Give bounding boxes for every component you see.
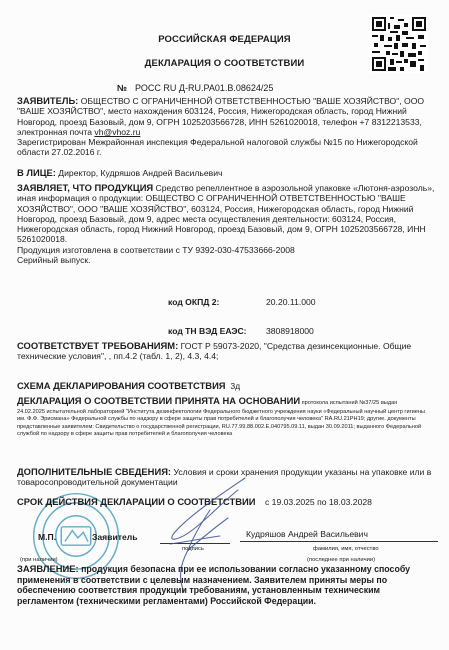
applicant-sign-label: Заявитель bbox=[92, 532, 137, 542]
declares-section: ЗАЯВЛЯЕТ, ЧТО ПРОДУКЦИЯ Средство репелле… bbox=[17, 183, 435, 265]
declares-serial: Серийный выпуск. bbox=[17, 255, 91, 265]
name-caption: фамилия, имя, отчество bbox=[313, 546, 379, 552]
seal-label: М.П. bbox=[38, 532, 56, 542]
represented-by-text: Директор, Кудряшов Андрей Васильевич bbox=[56, 168, 223, 178]
document-title: ДЕКЛАРАЦИЯ О СООТВЕТСТВИИ bbox=[0, 58, 449, 69]
applicant-text: ОБЩЕСТВО С ОГРАНИЧЕННОЙ ОТВЕТСТВЕННОСТЬЮ… bbox=[17, 96, 424, 137]
okpd-code-value: 20.20.11.000 bbox=[266, 297, 316, 307]
applicant-section: ЗАЯВИТЕЛЬ: ОБЩЕСТВО С ОГРАНИЧЕННОЙ ОТВЕТ… bbox=[17, 96, 435, 158]
name-caption-note: (последнее при наличии) bbox=[307, 557, 375, 563]
basis-label: ДЕКЛАРАЦИЯ О СООТВЕТСТВИИ ПРИНЯТА НА ОСН… bbox=[17, 395, 300, 406]
represented-by-label: В ЛИЦЕ: bbox=[17, 167, 56, 178]
declares-label: ЗАЯВЛЯЕТ, ЧТО ПРОДУКЦИЯ bbox=[17, 182, 153, 193]
requirements-label: СООТВЕТСТВУЕТ ТРЕБОВАНИЯМ: bbox=[17, 340, 178, 351]
tnved-code-label: код ТН ВЭД ЕАЭС: bbox=[168, 326, 247, 336]
okpd-code-label: код ОКПД 2: bbox=[168, 297, 219, 307]
applicant-label: ЗАЯВИТЕЛЬ: bbox=[17, 95, 78, 106]
number-value: РОСС RU Д-RU.РА01.В.08624/25 bbox=[135, 83, 273, 93]
requirements-section: СООТВЕТСТВУЕТ ТРЕБОВАНИЯМ: ГОСТ Р 59073-… bbox=[17, 341, 435, 362]
represented-by-section: В ЛИЦЕ: Директор, Кудряшов Андрей Василь… bbox=[17, 168, 435, 178]
basis-section: ДЕКЛАРАЦИЯ О СООТВЕТСТВИИ ПРИНЯТА НА ОСН… bbox=[17, 396, 435, 439]
declaration-page: РОССИЙСКАЯ ФЕДЕРАЦИЯ ДЕКЛАРАЦИЯ О СООТВЕ… bbox=[0, 0, 449, 650]
number-sign: № bbox=[117, 83, 127, 93]
declares-text: Средство репеллентное в аэрозольной упак… bbox=[17, 183, 434, 244]
statement-section: ЗАЯВЛЕНИЕ: продукция безопасна при ее ис… bbox=[17, 564, 435, 606]
basis-inline-text: протокола испытаний №37/25 выдан bbox=[300, 400, 397, 406]
validity-dates: с 19.03.2025 по 18.03.2028 bbox=[265, 497, 372, 507]
okpd-code-row: код ОКПД 2: 20.20.11.000 bbox=[0, 297, 449, 309]
tnved-code-row: код ТН ВЭД ЕАЭС: 3808918000 bbox=[0, 326, 449, 338]
scheme-value: 3д bbox=[230, 381, 240, 391]
tnved-code-value: 3808918000 bbox=[266, 326, 314, 336]
registration-number: №РОСС RU Д-RU.РА01.В.08624/25 bbox=[117, 83, 273, 93]
additional-label: ДОПОЛНИТЕЛЬНЫЕ СВЕДЕНИЯ: bbox=[17, 466, 171, 477]
country-title: РОССИЙСКАЯ ФЕДЕРАЦИЯ bbox=[0, 34, 449, 45]
applicant-email-link[interactable]: vh@vhoz.ru bbox=[94, 127, 140, 137]
statement-label: ЗАЯВЛЕНИЕ: bbox=[17, 563, 79, 574]
declares-tu: Продукция изготовлена в соответствии с Т… bbox=[17, 245, 295, 255]
scheme-label: СХЕМА ДЕКЛАРИРОВАНИЯ СООТВЕТСТВИЯ bbox=[17, 380, 226, 391]
applicant-registration: Зарегистрирован Межрайонная инспекция Фе… bbox=[17, 137, 418, 157]
scheme-section: СХЕМА ДЕКЛАРИРОВАНИЯ СООТВЕТСТВИЯ 3д bbox=[17, 381, 435, 391]
basis-text: 24.02.2025 испытательной лабораторией "И… bbox=[17, 409, 435, 439]
